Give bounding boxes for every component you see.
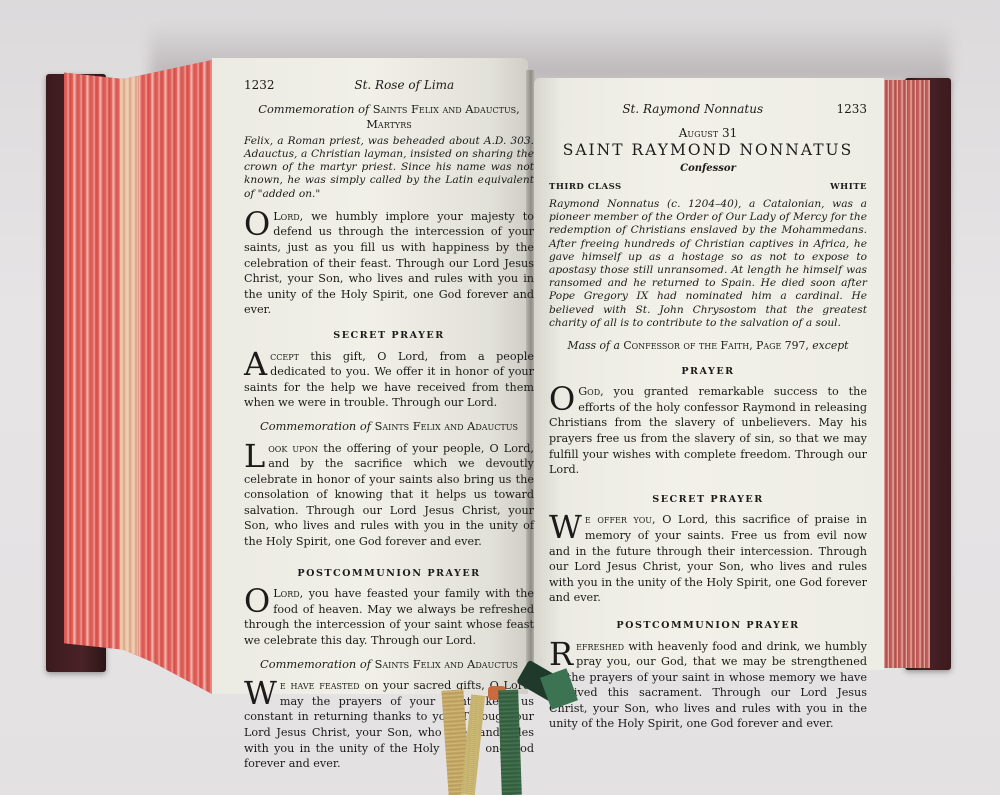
commemoration-heading: Commemoration of Saints Felix and Adauct… xyxy=(244,419,534,435)
vestment-color: WHITE xyxy=(830,180,867,196)
saint-title: SAINT RAYMOND NONNATUS xyxy=(549,143,867,159)
postcommunion-heading: POSTCOMMUNION PRAYER xyxy=(549,618,867,634)
page-number-left: 1232 xyxy=(244,78,275,94)
secret-prayer-heading: SECRET PRAYER xyxy=(244,328,534,344)
collect-prayer: OGod, you granted remarkable success to … xyxy=(549,384,867,478)
feast-class: THIRD CLASS xyxy=(549,180,622,196)
commemoration-secret: Look upon the offering of your people, O… xyxy=(244,441,534,550)
running-title-right: St. Raymond Nonnatus xyxy=(622,102,763,118)
postcommunion-prayer: Refreshed with heavenly food and drink, … xyxy=(549,639,867,733)
saint-rank: Confessor xyxy=(549,161,867,177)
mass-reference: Mass of a Confessor of the Faith, Page 7… xyxy=(549,338,867,354)
commemoration-heading: Commemoration of Saints Felix and Adauct… xyxy=(244,657,534,673)
running-title-left: St. Rose of Lima xyxy=(354,78,454,94)
secret-prayer: We offer you, O Lord, this sacrifice of … xyxy=(549,512,867,606)
postcommunion-heading: POSTCOMMUNION PRAYER xyxy=(244,566,534,582)
left-running-head: 1232 St. Rose of Lima xyxy=(244,78,534,94)
page-edges-left-red xyxy=(64,60,212,694)
dropcap: W xyxy=(549,514,582,540)
dropcap: W xyxy=(244,680,277,706)
saint-bio: Raymond Nonnatus (c. 1204–40), a Catalon… xyxy=(549,198,867,330)
page-number-right: 1233 xyxy=(836,102,867,118)
dropcap: O xyxy=(244,588,270,614)
right-page-text: St. Raymond Nonnatus 1233 August 31 SAIN… xyxy=(549,102,867,734)
feast-class-row: THIRD CLASS WHITE xyxy=(549,180,867,196)
feast-date: August 31 xyxy=(549,126,867,142)
right-running-head: St. Raymond Nonnatus 1233 xyxy=(549,102,867,118)
collect-prayer: OLord, we humbly implore your majesty to… xyxy=(244,209,534,318)
commemoration-heading: Commemoration of Saints Felix and Adauct… xyxy=(244,102,534,133)
martyrs-bio: Felix, a Roman priest, was beheaded abou… xyxy=(244,135,534,201)
prayer-heading: PRAYER xyxy=(549,364,867,380)
dropcap: R xyxy=(549,641,573,667)
postcommunion-prayer: OLord, you have feasted your family with… xyxy=(244,586,534,648)
left-page-text: 1232 St. Rose of Lima Commemoration of S… xyxy=(244,78,534,774)
gilt-edge-band xyxy=(120,60,138,694)
dropcap: L xyxy=(244,443,265,469)
ribbon-green[interactable] xyxy=(498,690,522,795)
dropcap: O xyxy=(244,211,270,237)
dropcap: A xyxy=(244,351,267,377)
secret-prayer: Accept this gift, O Lord, from a people … xyxy=(244,349,534,411)
page-edges-right-red xyxy=(880,80,930,668)
dropcap: O xyxy=(549,386,575,412)
secret-prayer-heading: SECRET PRAYER xyxy=(549,492,867,508)
